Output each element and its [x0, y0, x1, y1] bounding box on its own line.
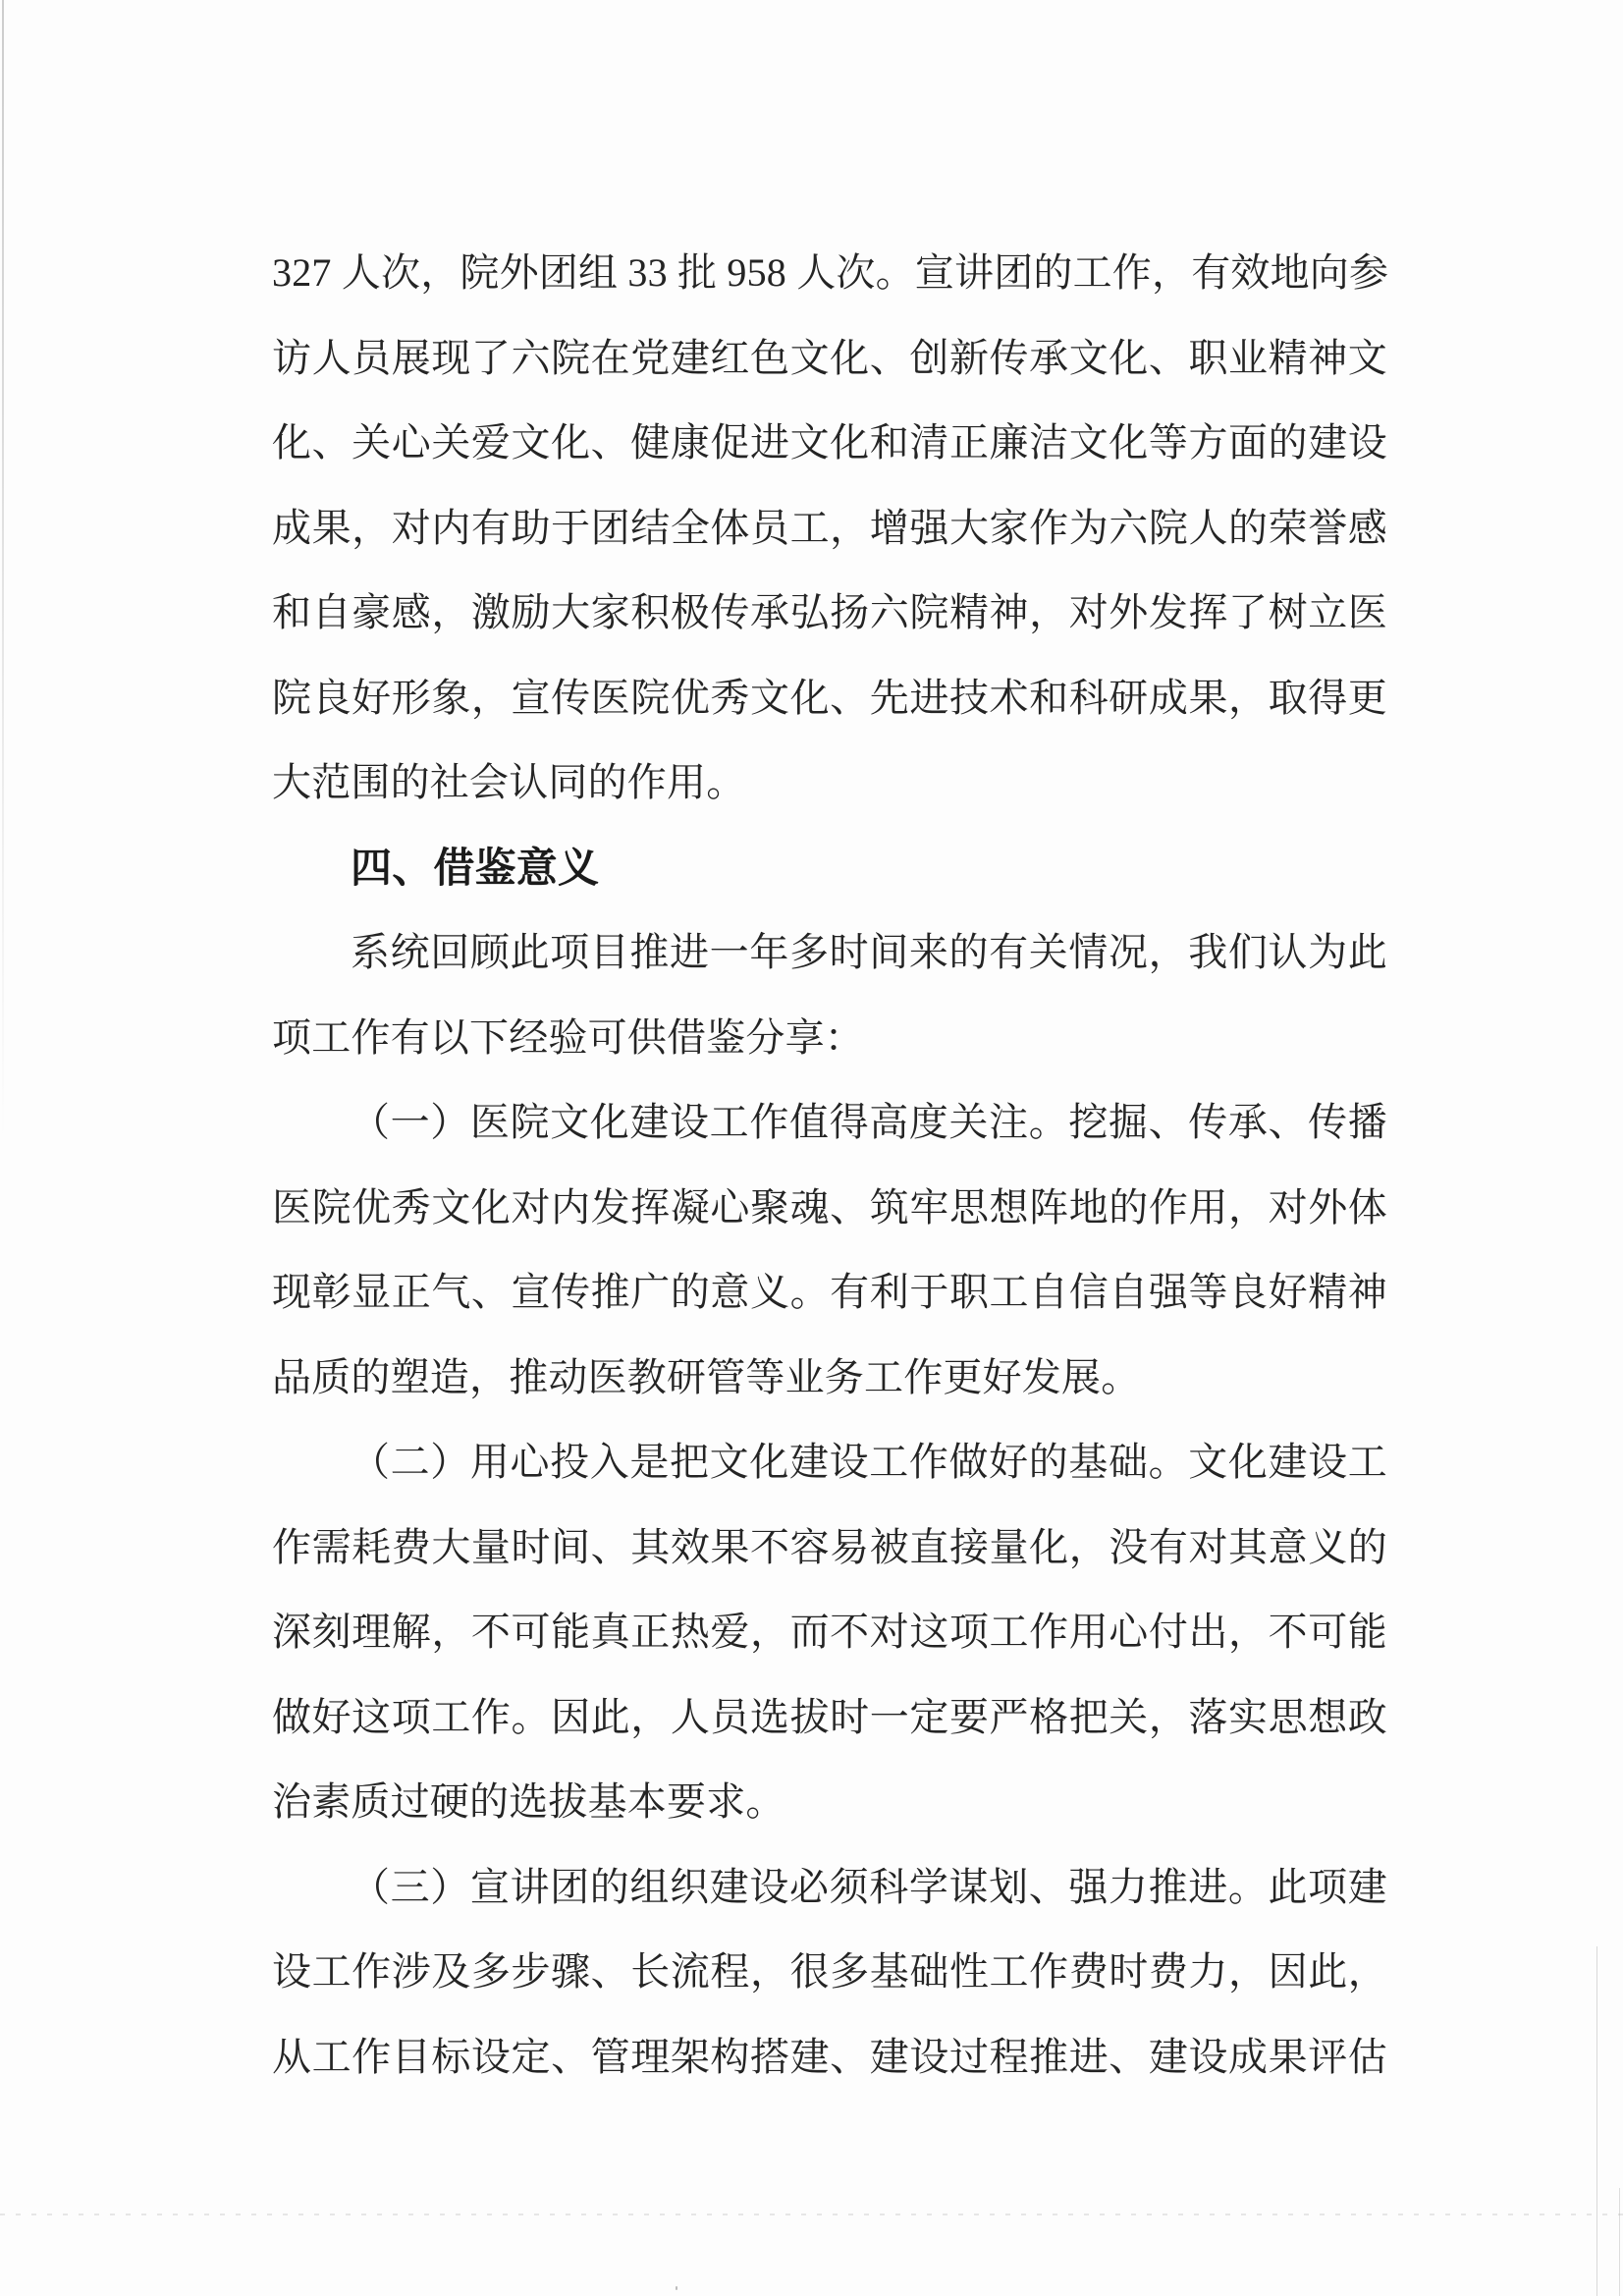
- text-line: 治素质过硬的选拔基本要求。: [272, 1760, 1387, 1845]
- scan-artifact-left-line: [2, 0, 4, 1139]
- text-line: 327 人次，院外团组 33 批 958 人次。宣讲团的工作，有效地向参: [272, 231, 1387, 316]
- text-line: 现彰显正气、宣传推广的意义。有利于职工自信自强等良好精神: [272, 1250, 1387, 1336]
- text-line: 作需耗费大量时间、其效果不容易被直接量化，没有对其意义的: [272, 1505, 1387, 1591]
- section-heading: 四、借鉴意义: [272, 826, 1387, 911]
- text-line: 成果，对内有助于团结全体员工，增强大家作为六院人的荣誉感: [272, 486, 1387, 572]
- scan-speck: [676, 2286, 677, 2290]
- text-line: 深刻理解，不可能真正热爱，而不对这项工作用心付出，不可能: [272, 1590, 1387, 1675]
- text-line: 访人员展现了六院在党建红色文化、创新传承文化、职业精神文: [272, 316, 1387, 402]
- text-line: 品质的塑造，推动医教研管等业务工作更好发展。: [272, 1336, 1387, 1421]
- text-line: （三）宣讲团的组织建设必须科学谋划、强力推进。此项建: [272, 1845, 1387, 1931]
- scan-artifact-edge-line: [1619, 2188, 1620, 2296]
- text-line: 从工作目标设定、管理架构搭建、建设过程推进、建设成果评估: [272, 2015, 1387, 2101]
- text-line: 医院优秀文化对内发挥凝心聚魂、筑牢思想阵地的作用，对外体: [272, 1166, 1387, 1251]
- text-line: 院良好形象，宣传医院优秀文化、先进技术和科研成果，取得更: [272, 656, 1387, 741]
- scan-artifact-right-line: [1596, 1946, 1597, 2296]
- paragraph: 系统回顾此项目推进一年多时间来的有关情况，我们认为此 项工作有以下经验可供借鉴分…: [272, 910, 1387, 1080]
- paragraph: 327 人次，院外团组 33 批 958 人次。宣讲团的工作，有效地向参 访人员…: [272, 231, 1387, 826]
- text-block: 327 人次，院外团组 33 批 958 人次。宣讲团的工作，有效地向参 访人员…: [272, 231, 1387, 2100]
- text-line: 大范围的社会认同的作用。: [272, 740, 1387, 826]
- paragraph: （三）宣讲团的组织建设必须科学谋划、强力推进。此项建 设工作涉及多步骤、长流程，…: [272, 1845, 1387, 2101]
- text-line: （二）用心投入是把文化建设工作做好的基础。文化建设工: [272, 1420, 1387, 1505]
- text-line: 化、关心关爱文化、健康促进文化和清正廉洁文化等方面的建设: [272, 401, 1387, 486]
- text-line: （一）医院文化建设工作值得高度关注。挖掘、传承、传播: [272, 1080, 1387, 1166]
- scan-artifact-bottom-band: [0, 2214, 1623, 2215]
- text-line: 项工作有以下经验可供借鉴分享：: [272, 996, 1387, 1081]
- text-line: 设工作涉及多步骤、长流程，很多基础性工作费时费力，因此，: [272, 1930, 1387, 2015]
- paragraph: （二）用心投入是把文化建设工作做好的基础。文化建设工 作需耗费大量时间、其效果不…: [272, 1420, 1387, 1845]
- text-line: 系统回顾此项目推进一年多时间来的有关情况，我们认为此: [272, 910, 1387, 996]
- text-line: 做好这项工作。因此，人员选拔时一定要严格把关，落实思想政: [272, 1675, 1387, 1761]
- text-line: 和自豪感，激励大家积极传承弘扬六院精神，对外发挥了树立医: [272, 571, 1387, 656]
- scanned-page: 327 人次，院外团组 33 批 958 人次。宣讲团的工作，有效地向参 访人员…: [0, 0, 1623, 2296]
- paragraph: （一）医院文化建设工作值得高度关注。挖掘、传承、传播 医院优秀文化对内发挥凝心聚…: [272, 1080, 1387, 1420]
- paragraph: 四、借鉴意义: [272, 826, 1387, 911]
